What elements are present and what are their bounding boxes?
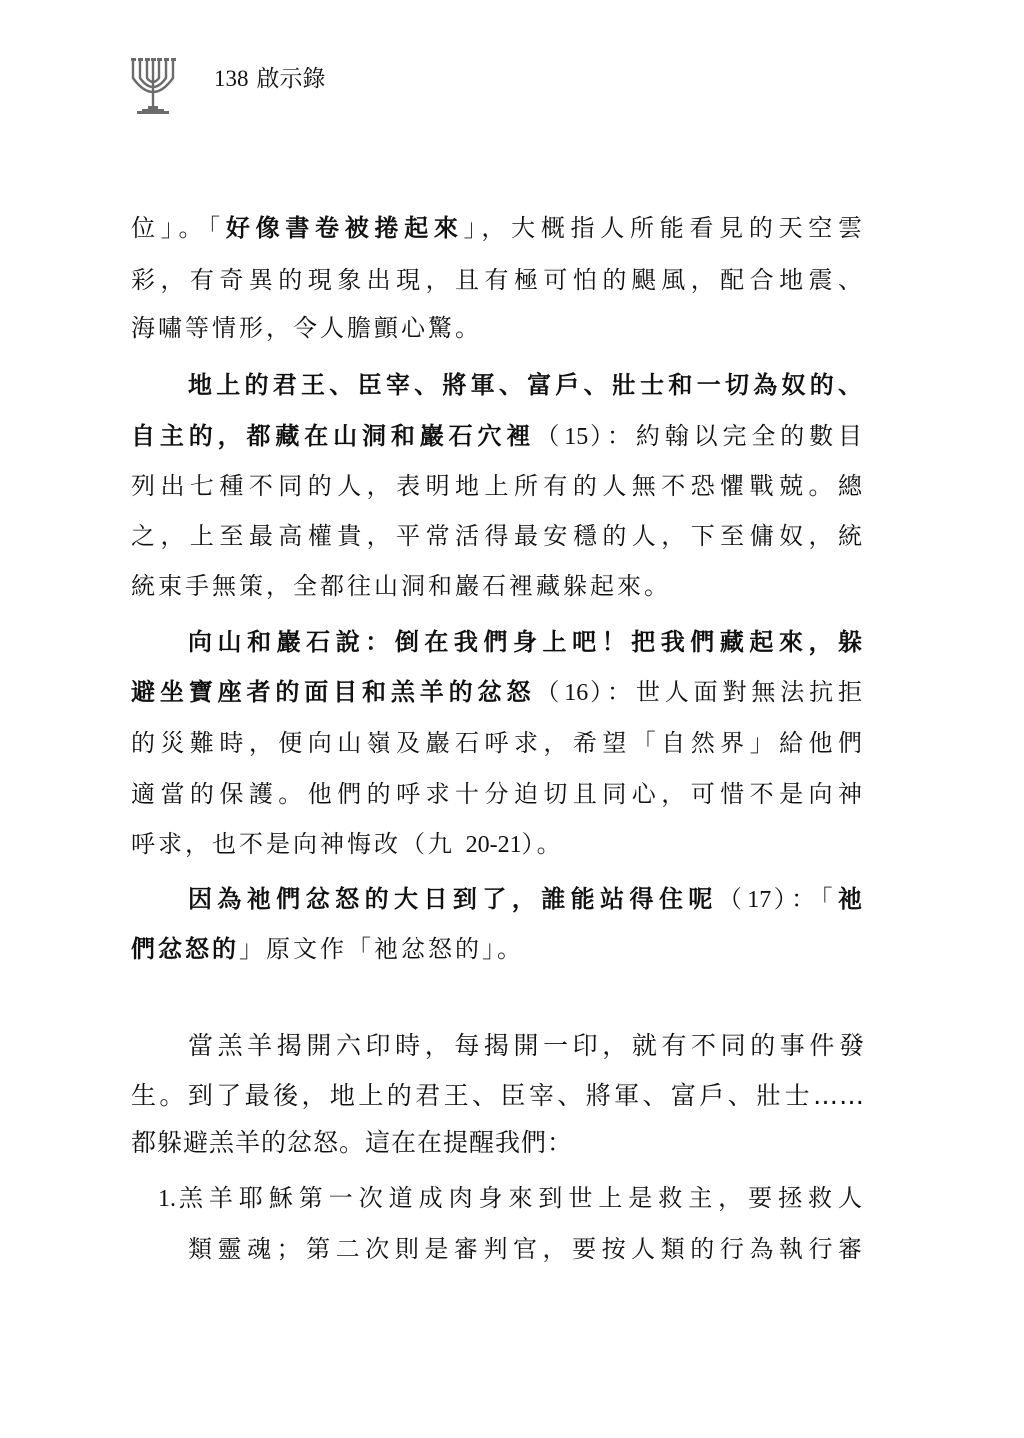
- text: ）：「: [771, 885, 838, 913]
- text: 的災難時，便向山嶺及巖石呼求，希望「自然界」給他們: [131, 729, 865, 757]
- menorah-icon: [126, 56, 180, 116]
- list-item-line: 1.羔羊耶穌第一次道成肉身來到世上是救主，要拯救人: [158, 1182, 865, 1215]
- paragraph-line: 避坐寶座者的面目和羔羊的忿怒（16）：世人面對無法抗拒: [131, 676, 865, 709]
- text: 」，大概指人所能看見的天空雲: [464, 214, 865, 242]
- bold-text: 因為祂們忿怒的大日到了，誰能站得住呢: [188, 884, 718, 913]
- text: 位」。「: [131, 214, 226, 242]
- text: 」原文作「祂忿怒的」。: [239, 935, 524, 963]
- text: 統束手無策，全都往山洞和巖石裡藏躲起來。: [131, 572, 671, 600]
- paragraph-line: 之，上至最高權貴，平常活得最安穩的人，下至傭奴，統: [131, 520, 865, 552]
- application-line: 當羔羊揭開六印時，每揭開一印，就有不同的事件發: [188, 1030, 865, 1062]
- text: 海嘯等情形，令人膽顫心驚。: [131, 314, 482, 342]
- bold-text: 祂: [838, 884, 865, 913]
- text: 適當的保護。他們的呼求十分迫切且同心，可惜不是向神: [131, 780, 865, 808]
- running-header: 138啟示錄: [214, 64, 326, 94]
- list-number: 1.: [158, 1186, 176, 1212]
- paragraph-line: 們忿怒的」原文作「祂忿怒的」。: [131, 933, 865, 965]
- text: 列出七種不同的人，表明地上所有的人無不恐懼戰兢。總: [131, 472, 865, 500]
- paragraph-line: 自主的，都藏在山洞和巖石穴裡（15）：約翰以完全的數目: [131, 420, 865, 453]
- paragraph-line: 適當的保護。他們的呼求十分迫切且同心，可惜不是向神: [131, 778, 865, 810]
- list-item-line: 類靈魂；第二次則是審判官，要按人類的行為執行審: [188, 1233, 865, 1265]
- text: 羔羊耶穌第一次道成肉身來到世上是救主，要拯救人: [176, 1184, 865, 1212]
- bold-text: 好像書卷被捲起來: [226, 213, 464, 242]
- page-header: [126, 56, 180, 116]
- bold-text: 向山和巖石說：倒在我們身上吧！把我們藏起來，躲: [188, 627, 865, 656]
- text: 之，上至最高權貴，平常活得最安穩的人，下至傭奴，統: [131, 522, 865, 550]
- bold-text: 地上的君王、臣宰、將軍、富戶、壯士和一切為奴的、: [188, 370, 865, 399]
- application-line: 都躲避羔羊的忿怒。這在在提醒我們：: [131, 1127, 865, 1159]
- paragraph-line: 位」。「好像書卷被捲起來」，大概指人所能看見的天空雲: [131, 212, 865, 244]
- paragraph-line: 的災難時，便向山嶺及巖石呼求，希望「自然界」給他們: [131, 727, 865, 759]
- text: （: [535, 678, 564, 706]
- paragraph-line: 地上的君王、臣宰、將軍、富戶、壯士和一切為奴的、: [188, 369, 865, 401]
- text: ）：世人面對無法抗拒: [588, 678, 865, 706]
- verse-reference: 17: [747, 887, 771, 913]
- text: 呼求，也不是向神悔改（九: [131, 830, 466, 858]
- verse-reference: 15: [564, 424, 588, 450]
- application-line: 生。到了最後，地上的君王、臣宰、將軍、富戶、壯士……: [131, 1080, 865, 1112]
- paragraph-line: 因為祂們忿怒的大日到了，誰能站得住呢（17）：「祂: [188, 883, 865, 916]
- bold-text: 們忿怒的: [131, 934, 239, 963]
- text: 類靈魂；第二次則是審判官，要按人類的行為執行審: [188, 1235, 865, 1263]
- text: 彩，有奇異的現象出現，且有極可怕的颶風，配合地震、: [131, 266, 865, 294]
- bold-text: 自主的，都藏在山洞和巖石穴裡: [131, 421, 535, 450]
- verse-reference: 16: [564, 680, 588, 706]
- book-title: 啟示錄: [257, 66, 326, 92]
- text: （: [535, 422, 564, 450]
- paragraph-line: 彩，有奇異的現象出現，且有極可怕的颶風，配合地震、: [131, 264, 865, 296]
- page-number: 138: [214, 66, 249, 91]
- paragraph-line: 向山和巖石說：倒在我們身上吧！把我們藏起來，躲: [188, 626, 865, 658]
- text: ）：約翰以完全的數目: [588, 422, 865, 450]
- verse-reference: 20-21: [466, 832, 522, 858]
- paragraph-line: 統束手無策，全都往山洞和巖石裡藏躲起來。: [131, 570, 865, 602]
- text: ）。: [522, 830, 564, 858]
- paragraph-line: 列出七種不同的人，表明地上所有的人無不恐懼戰兢。總: [131, 470, 865, 502]
- paragraph-line: 海嘯等情形，令人膽顫心驚。: [131, 312, 865, 344]
- paragraph-line: 呼求，也不是向神悔改（九 20-21）。: [131, 828, 865, 861]
- text: （: [718, 885, 747, 913]
- bold-text: 避坐寶座者的面目和羔羊的忿怒: [131, 677, 535, 706]
